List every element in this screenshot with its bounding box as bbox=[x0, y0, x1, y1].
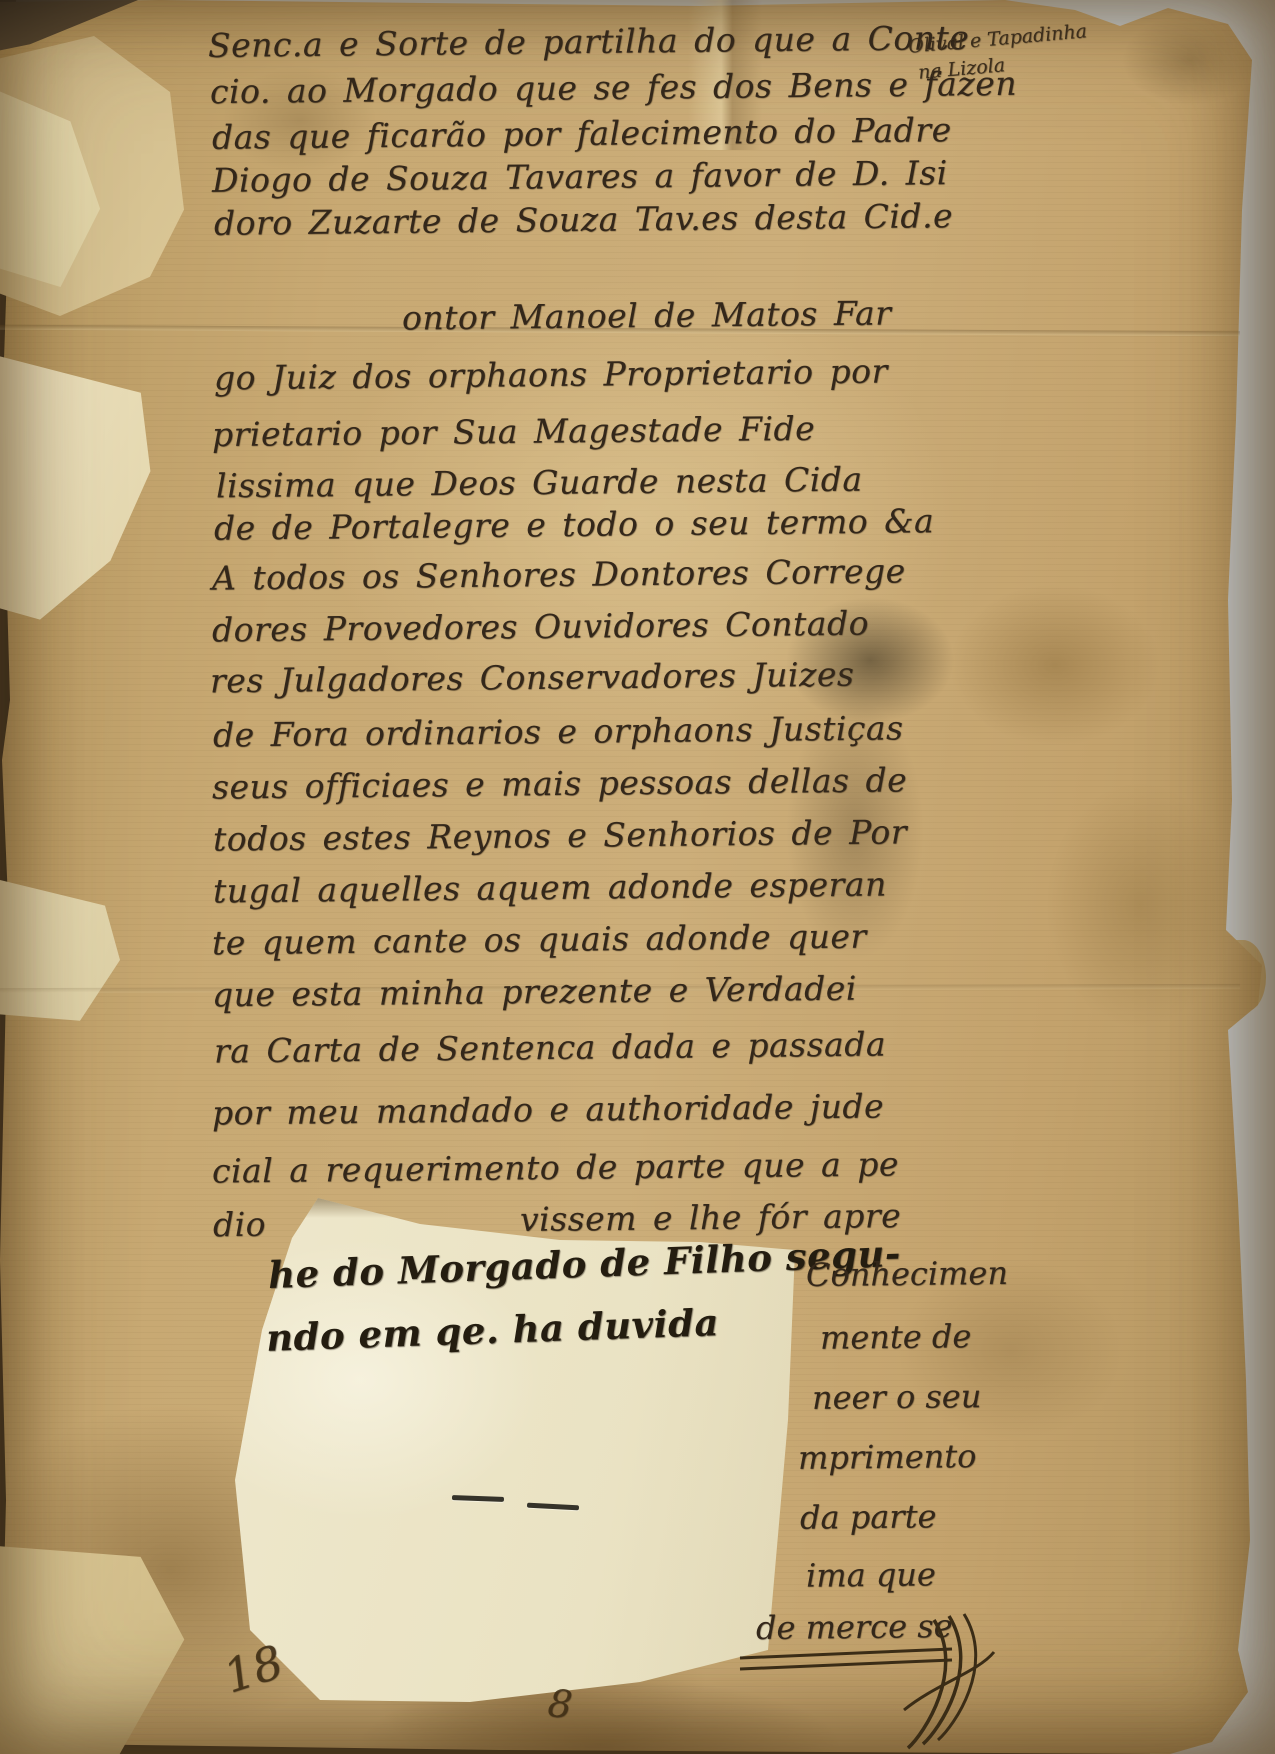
manuscript-line: lissima que Deos Guarde nesta Cida bbox=[216, 460, 863, 506]
manuscript-line: seus officiaes e mais pessoas dellas de bbox=[212, 760, 908, 806]
manuscript-line-fragment: dio bbox=[213, 1205, 266, 1245]
manuscript-line: por meu mandado e authoridade jude bbox=[212, 1086, 884, 1132]
covered-line-fragment: mprimento bbox=[798, 1437, 977, 1477]
manuscript-line: de de Portalegre e todo o seu termo &a bbox=[214, 501, 935, 548]
manuscript-line: tugal aquelles aquem adonde esperan bbox=[213, 864, 887, 910]
covered-line-fragment: da parte bbox=[800, 1497, 937, 1536]
manuscript-line: de Fora ordinarios e orphaons Justiças bbox=[213, 708, 904, 754]
notary-flourish-icon bbox=[728, 1612, 1028, 1754]
covered-line-fragment: neer o seu bbox=[812, 1377, 982, 1417]
covered-line-fragment: Conhecimen bbox=[806, 1254, 1008, 1294]
manuscript-line: dores Provedores Ouvidores Contado bbox=[212, 604, 869, 650]
covered-line-fragment: mente de bbox=[820, 1317, 972, 1357]
manuscript-line: cial a requerimento de parte que a pe bbox=[212, 1144, 899, 1190]
manuscript-scan: Senc.a e Sorte de partilha do que a Cont… bbox=[0, 0, 1275, 1754]
stray-ink-mark: 8 bbox=[546, 1681, 575, 1727]
manuscript-line: A todos os Senhores Dontores Correge bbox=[212, 551, 906, 597]
manuscript-line: go Juiz dos orphaons Proprietario por bbox=[214, 351, 888, 397]
manuscript-line: que esta minha prezente e Verdadei bbox=[212, 969, 857, 1015]
manuscript-line: te quem cante os quais adonde quer bbox=[212, 917, 867, 963]
header-line: Senc.a e Sorte de partilha do que a Cont… bbox=[208, 18, 970, 65]
manuscript-line: prietario por Sua Magestade Fide bbox=[212, 409, 816, 454]
covered-line-fragment: ima que bbox=[806, 1555, 936, 1594]
header-line: das que ficarão por falecimento do Padre bbox=[212, 110, 952, 157]
manuscript-line: todos estes Reynos e Senhorios de Por bbox=[213, 812, 907, 858]
manuscript-line: ra Carta de Sentenca dada e passada bbox=[214, 1024, 886, 1070]
manuscript-line: ontor Manoel de Matos Far bbox=[402, 293, 892, 337]
header-line: Diogo de Souza Tavares a favor de D. Isi bbox=[212, 153, 948, 200]
manuscript-line: res Julgadores Conservadores Juizes bbox=[210, 655, 855, 701]
ornate-initial-d-icon bbox=[224, 215, 445, 365]
